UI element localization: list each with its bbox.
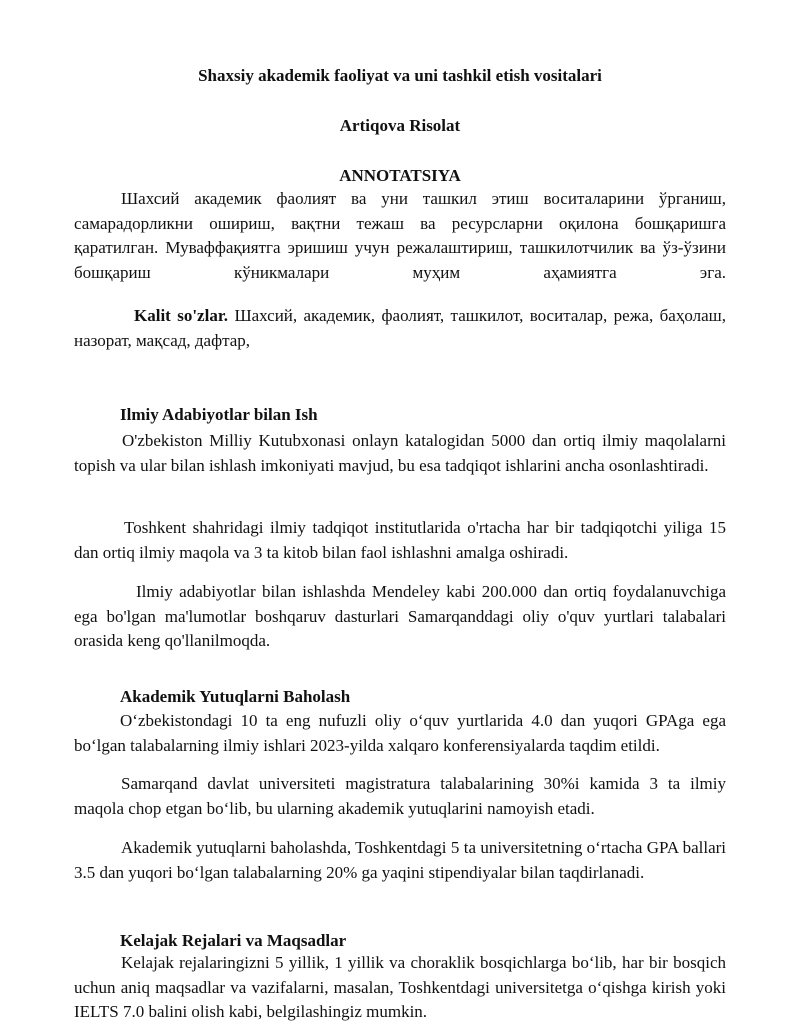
section-heading-ilmiy-adabiyotlar: Ilmiy Adabiyotlar bilan Ish (120, 405, 318, 425)
section-paragraph: Toshkent shahridagi ilmiy tadqiqot insti… (74, 516, 726, 565)
section-paragraph: O'zbekiston Milliy Kutubxonasi onlayn ka… (74, 429, 726, 478)
section-heading-akademik-yutuqlar: Akademik Yutuqlarni Baholash (120, 687, 350, 707)
document-author: Artiqova Risolat (74, 116, 726, 136)
section-paragraph: Kelajak rejalaringizni 5 yillik, 1 yilli… (74, 951, 726, 1025)
section-paragraph: O‘zbekistondagi 10 ta eng nufuzli oliy o… (74, 709, 726, 758)
section-paragraph: Akademik yutuqlarni baholashda, Toshkent… (74, 836, 726, 885)
section-paragraph: Ilmiy adabiyotlar bilan ishlashda Mendel… (74, 580, 726, 654)
annotation-text: Шахсий академик фаолият ва уни ташкил эт… (74, 187, 726, 285)
document-title: Shaxsiy akademik faoliyat va uni tashkil… (74, 66, 726, 86)
section-heading-kelajak-rejalari: Kelajak Rejalari va Maqsadlar (120, 931, 346, 951)
keywords-label: Kalit so'zlar. (134, 306, 228, 325)
keywords-paragraph: Kalit so'zlar. Шахсий, академик, фаолият… (74, 304, 726, 353)
annotation-heading: ANNOTATSIYA (74, 166, 726, 186)
section-paragraph: Samarqand davlat universiteti magistratu… (74, 772, 726, 821)
